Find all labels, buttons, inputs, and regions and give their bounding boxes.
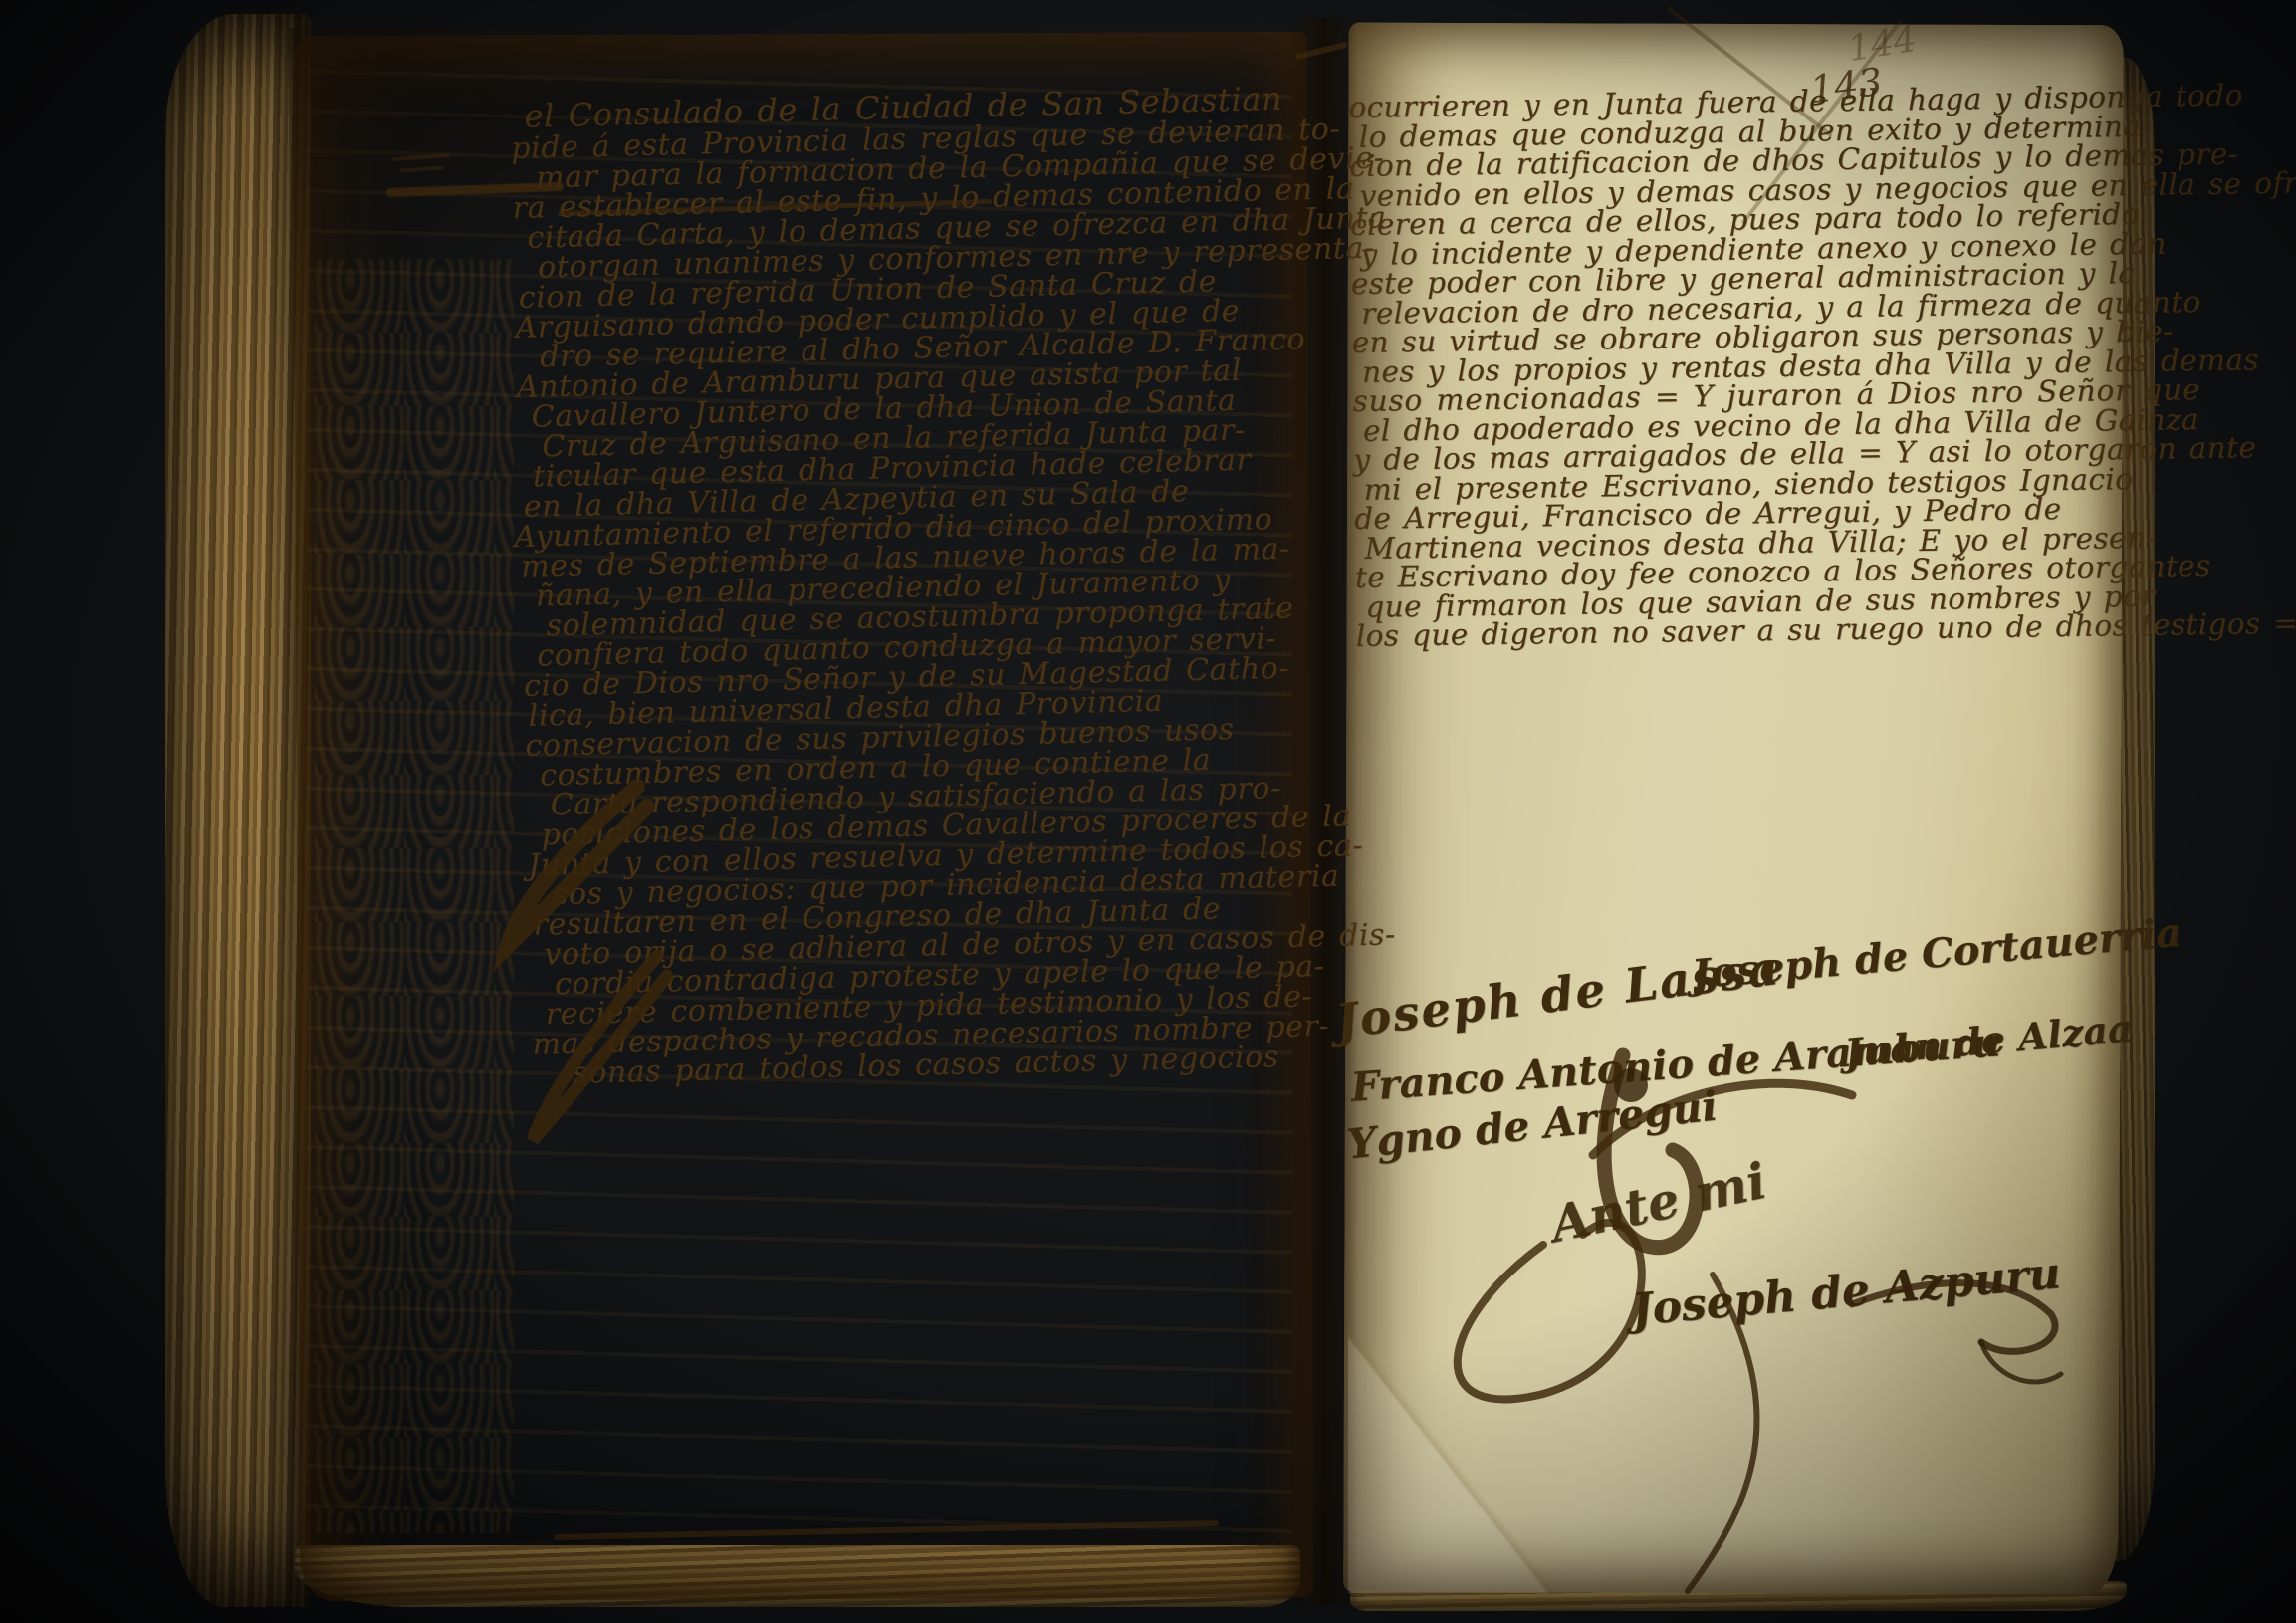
left-page-text: el Consulado de la Ciudad de San Sebasti… [510,77,1339,1083]
page-edge-stack-left [165,14,311,1607]
right-page-text: ocurrieren y en Junta fuera de ella haga… [1348,75,2123,643]
manuscript-photo: 144 143 el Consulado de la Ciudad de San… [0,0,2296,1623]
